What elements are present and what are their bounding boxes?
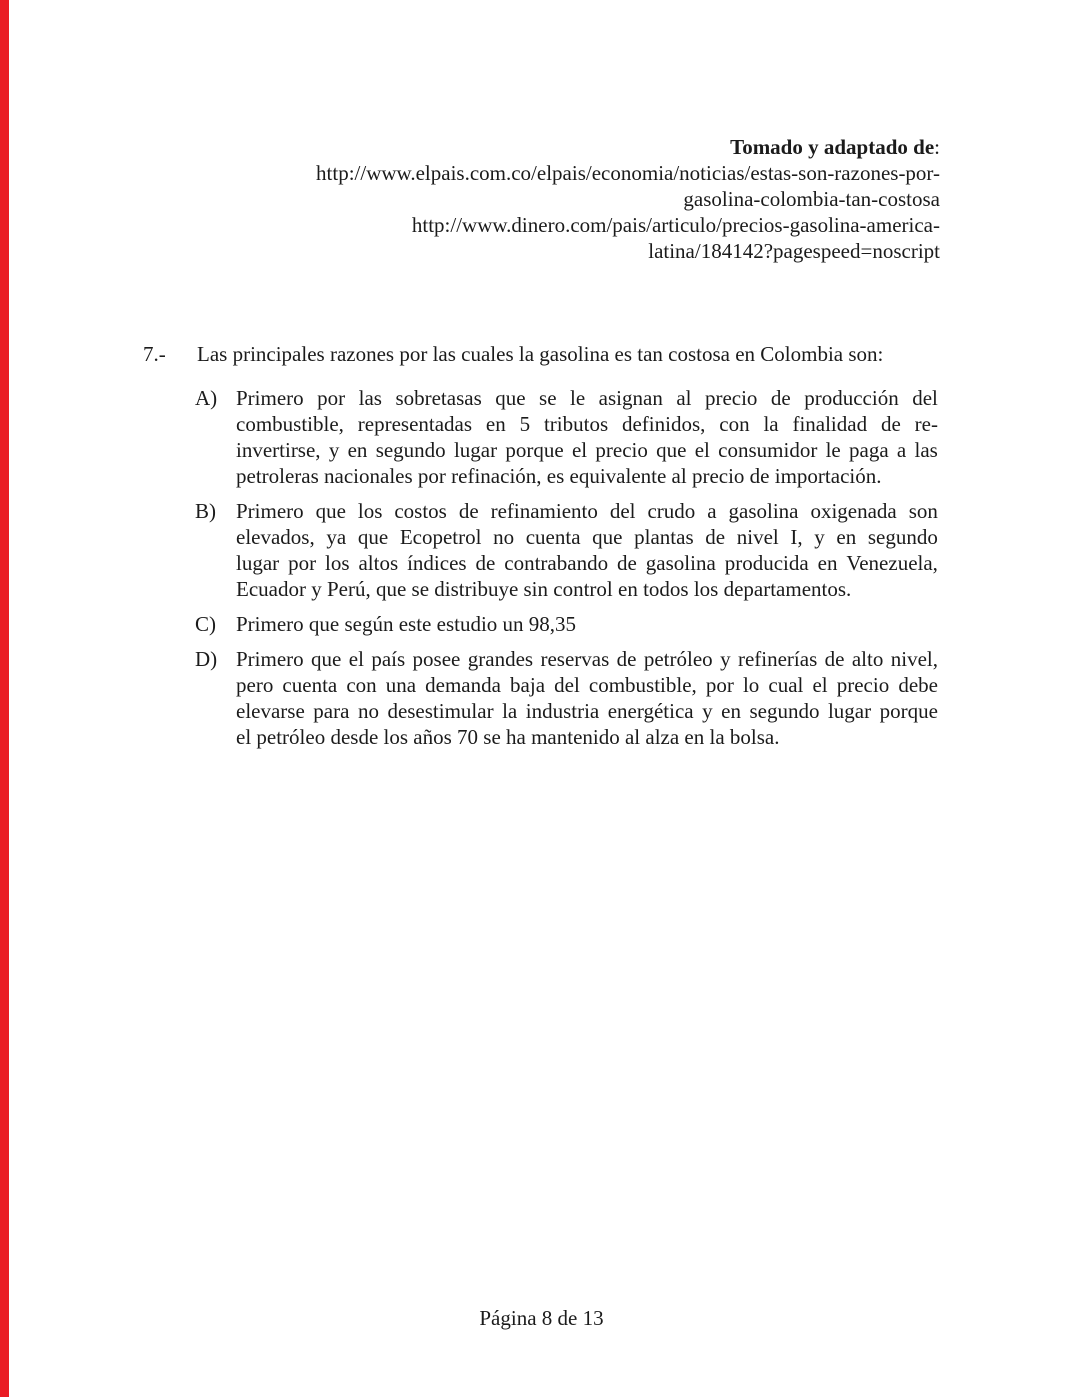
document-page: Tomado y adaptado de: http://www.elpais.… xyxy=(0,0,1080,1397)
option-d-text: Primeroqueelpaísposeegrandesreservasdepe… xyxy=(236,646,938,750)
question-text: Las principales razones por las cuales l… xyxy=(197,341,883,367)
option-a: A) Primeroporlassobretasasqueseleasignan… xyxy=(195,385,940,489)
left-edge-red-bar xyxy=(0,0,9,1397)
option-text-line: lugarporlosaltosíndicesdecontrabandodega… xyxy=(236,550,938,576)
source-url-line: latina/184142?pagespeed=noscript xyxy=(316,238,940,264)
option-text-line: Ecuador y Perú, que se distribuye sin co… xyxy=(236,576,938,602)
option-d: D) Primeroqueelpaísposeegrandesreservasd… xyxy=(195,646,940,750)
option-text-line: elevados,yaqueEcopetrolnocuentaqueplanta… xyxy=(236,524,938,550)
question-line: 7.- Las principales razones por las cual… xyxy=(143,341,940,367)
option-text-line: elevarseparanodesestimularlaindustriaene… xyxy=(236,698,938,724)
option-text-line: invertirse,yensegundolugarporqueelprecio… xyxy=(236,437,938,463)
option-b-text: Primeroqueloscostosderefinamientodelcrud… xyxy=(236,498,938,602)
option-text-line: Primero que según este estudio un 98,35 xyxy=(236,611,938,637)
option-text-line: perocuentaconunademandabajadelcombustibl… xyxy=(236,672,938,698)
option-text-line: Primeroqueloscostosderefinamientodelcrud… xyxy=(236,498,938,524)
options-list: A) Primeroporlassobretasasqueseleasignan… xyxy=(195,385,940,750)
source-note-heading-bold: Tomado y adaptado de xyxy=(730,135,934,159)
source-url-line: http://www.dinero.com/pais/articulo/prec… xyxy=(316,212,940,238)
option-a-label: A) xyxy=(195,385,236,489)
option-c: C) Primero que según este estudio un 98,… xyxy=(195,611,940,637)
option-text-line: Primeroporlassobretasasqueseleasignanalp… xyxy=(236,385,938,411)
option-c-text: Primero que según este estudio un 98,35 xyxy=(236,611,938,637)
question-number: 7.- xyxy=(143,341,197,367)
source-url-line: http://www.elpais.com.co/elpais/economia… xyxy=(316,160,940,186)
source-note-heading-colon: : xyxy=(934,135,940,159)
option-b-label: B) xyxy=(195,498,236,602)
source-note-heading: Tomado y adaptado de: xyxy=(316,134,940,160)
option-d-label: D) xyxy=(195,646,236,750)
option-a-text: Primeroporlassobretasasqueseleasignanalp… xyxy=(236,385,938,489)
option-b: B) Primeroqueloscostosderefinamientodelc… xyxy=(195,498,940,602)
option-text-line: Primeroqueelpaísposeegrandesreservasdepe… xyxy=(236,646,938,672)
option-text-line: el petróleo desde los años 70 se ha mant… xyxy=(236,724,938,750)
source-note-block: Tomado y adaptado de: http://www.elpais.… xyxy=(316,134,940,264)
page-footer: Página 8 de 13 xyxy=(143,1305,940,1331)
option-c-label: C) xyxy=(195,611,236,637)
option-text-line: combustible,representadasen5tributosdefi… xyxy=(236,411,938,437)
option-text-line: petroleras nacionales por refinación, es… xyxy=(236,463,938,489)
question-7-block: 7.- Las principales razones por las cual… xyxy=(143,341,940,759)
source-url-line: gasolina-colombia-tan-costosa xyxy=(316,186,940,212)
